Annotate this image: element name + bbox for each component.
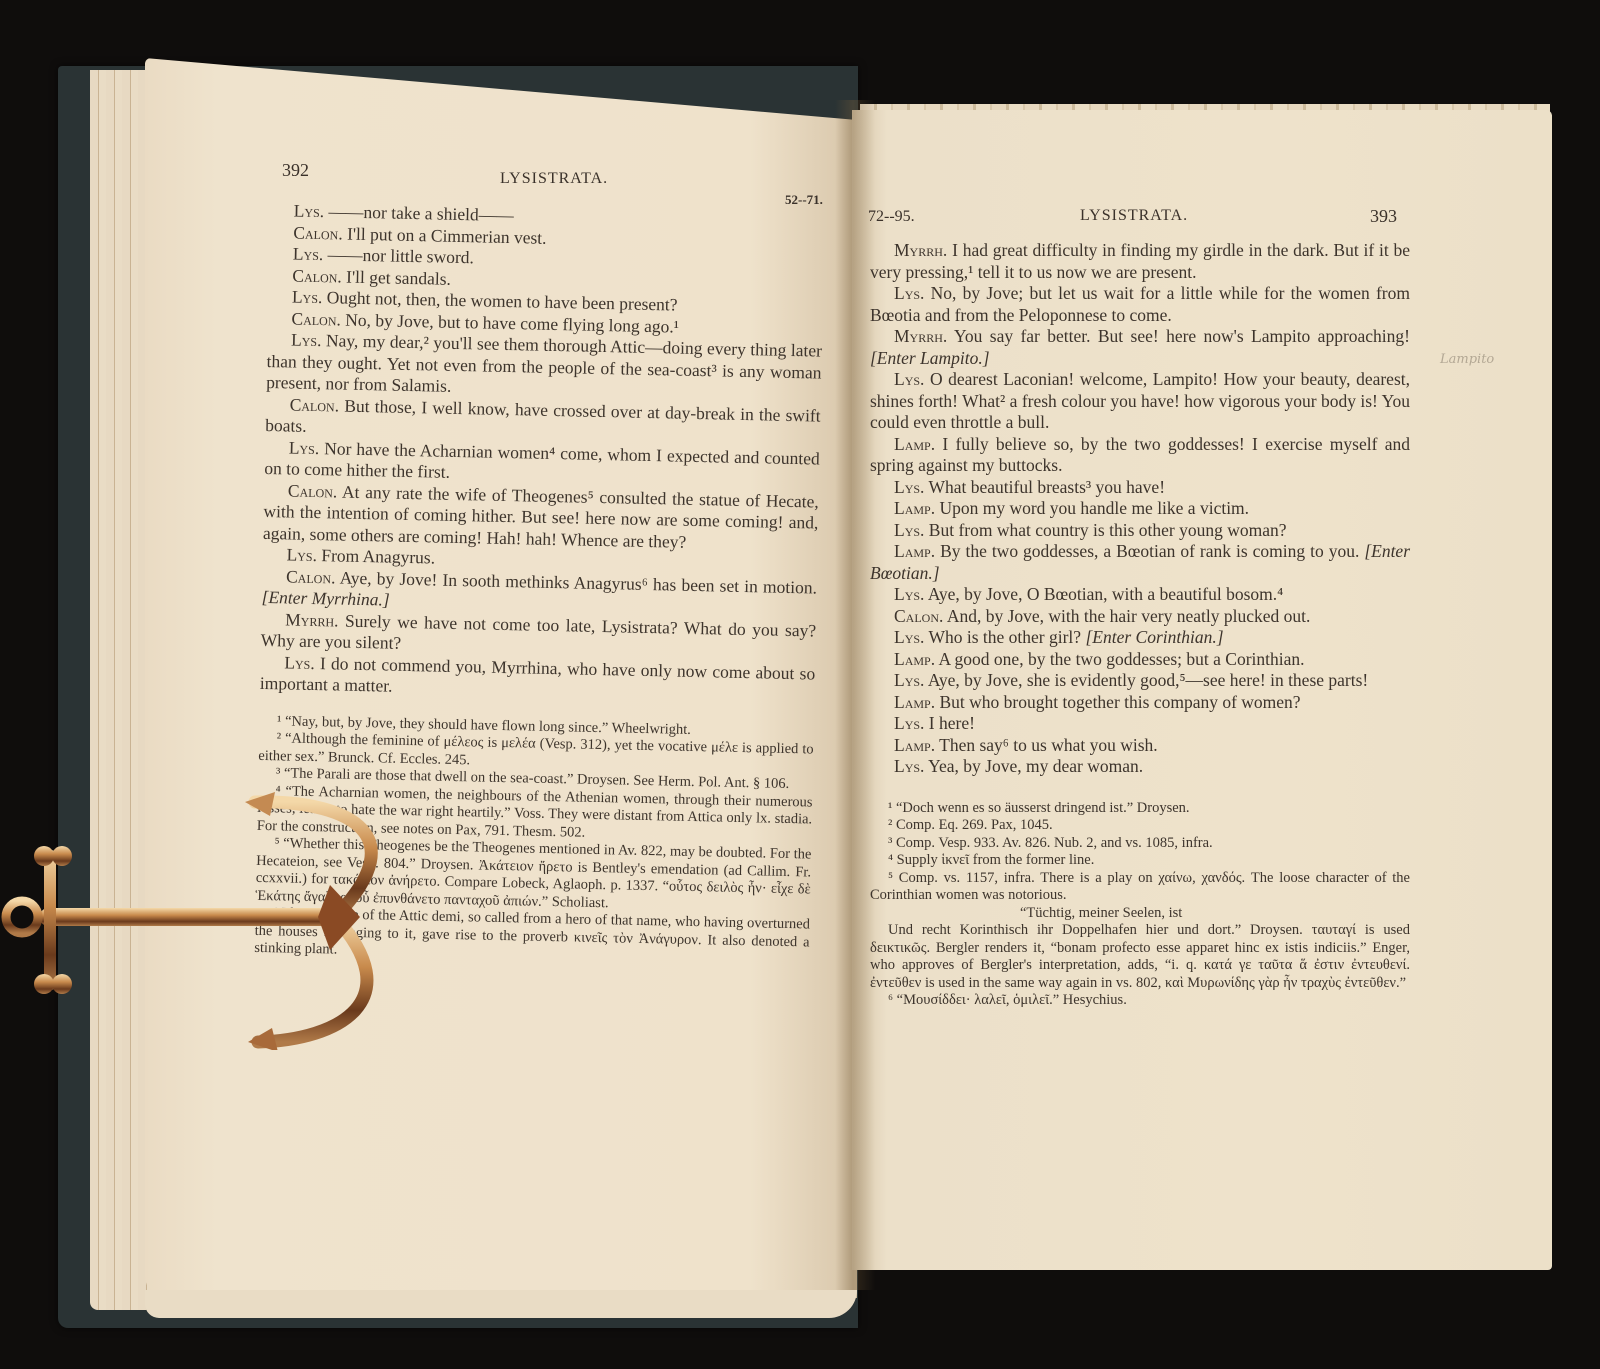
page-stack — [90, 70, 150, 1310]
dialogue-line: Lamp. Upon my word you handle me like a … — [870, 498, 1410, 520]
dialogue-line: Myrrh. I had great difficulty in finding… — [870, 240, 1410, 283]
anchor-bookmark-icon — [0, 790, 400, 1050]
stage-direction: [Enter Myrrhina.] — [261, 587, 389, 610]
footnotes-right: ¹ “Doch wenn es so äusserst dringend ist… — [870, 800, 1410, 1010]
page-number-right: 393 — [1370, 206, 1397, 227]
dialogue-line: Lys. No, by Jove; but let us wait for a … — [870, 283, 1410, 326]
left-page-curl — [145, 1290, 857, 1318]
right-page-text: Myrrh. I had great difficulty in finding… — [870, 240, 1410, 1010]
dialogue-line: Lamp. By the two goddesses, a Bœotian of… — [870, 541, 1410, 584]
footnote: ¹ “Doch wenn es so äusserst dringend ist… — [870, 800, 1410, 818]
dialogue-line: Lys. Aye, by Jove, O Bœotian, with a bea… — [870, 584, 1410, 606]
dialogue-line: Lys. Who is the other girl? [Enter Corin… — [870, 627, 1410, 649]
pencil-margin-note: Lampito — [1440, 352, 1494, 367]
line-range-right: 72--95. — [868, 208, 915, 226]
dialogue-line: Calon. And, by Jove, with the hair very … — [870, 606, 1410, 628]
running-head-right: LYSISTRATA. — [1080, 207, 1188, 225]
dialogue-line: Lys. But from what country is this other… — [870, 520, 1410, 542]
dialogue-line: Lys. Nay, my dear,² you'll see them thor… — [266, 329, 822, 405]
line-range-left: 52--71. — [785, 192, 823, 208]
page-number-left: 392 — [282, 160, 309, 181]
dialogue-line: Lys. O dearest Laconian! welcome, Lampit… — [870, 369, 1410, 434]
dialogue-line: Calon. At any rate the wife of Theogenes… — [263, 479, 819, 555]
footnote: ³ Comp. Vesp. 933. Av. 826. Nub. 2, and … — [870, 835, 1410, 853]
footnote: ² Comp. Eq. 269. Pax, 1045. — [870, 817, 1410, 835]
footnote-verse: “Tüchtig, meiner Seelen, ist — [870, 905, 1410, 923]
footnote: Und recht Korinthisch ihr Doppelhafen hi… — [870, 922, 1410, 992]
running-head-left: LYSISTRATA. — [500, 170, 608, 188]
dialogue-line: Lys. Yea, by Jove, my dear woman. — [870, 756, 1410, 778]
dialogue-line: Myrrh. You say far better. But see! here… — [870, 326, 1410, 369]
dialogue-line: Lamp. A good one, by the two goddesses; … — [870, 649, 1410, 671]
book-gutter — [835, 100, 875, 1290]
dialogue-line: Lys. Aye, by Jove, she is evidently good… — [870, 670, 1410, 692]
footnote: ⁶ “Μουσίδδει· λαλεῖ, ὁμιλεῖ.” Hesychius. — [870, 992, 1410, 1010]
dialogue-line: Lys. I here! — [870, 713, 1410, 735]
dialogue-line: Lamp. Then say⁶ to us what you wish. — [870, 735, 1410, 757]
dialogue-line: Lamp. But who brought together this comp… — [870, 692, 1410, 714]
stage-direction: [Enter Corinthian.] — [1085, 627, 1223, 647]
dialogue-line: Lys. What beautiful breasts³ you have! — [870, 477, 1410, 499]
footnote: ⁴ Supply ἱκνεῖ from the former line. — [870, 852, 1410, 870]
dialogue-line: Lamp. I fully believe so, by the two god… — [870, 434, 1410, 477]
stage-direction: [Enter Lampito.] — [870, 348, 990, 368]
footnote: ⁵ Comp. vs. 1157, infra. There is a play… — [870, 870, 1410, 905]
